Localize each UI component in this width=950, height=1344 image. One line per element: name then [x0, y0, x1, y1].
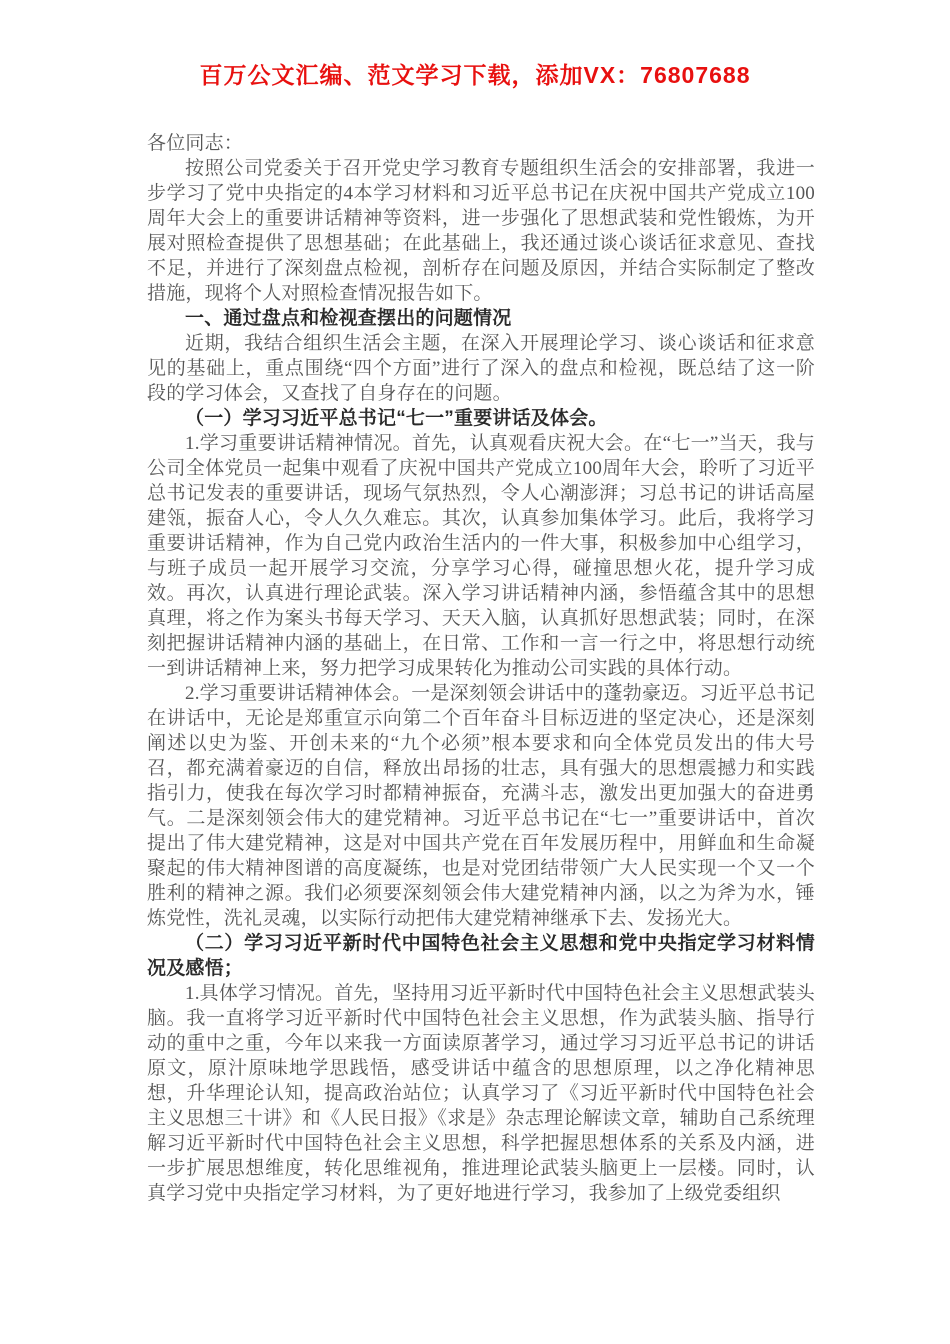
heading-subsection-one: （一）学习习近平总书记“七一”重要讲话及体会。 — [147, 406, 815, 431]
document-body: 各位同志： 按照公司党委关于召开党史学习教育专题组织生活会的安排部署，我进一步学… — [147, 131, 815, 1206]
paragraph-thought-study-situation: 1.具体学习情况。首先，坚持用习近平新时代中国特色社会主义思想武装头脑。我一直将… — [147, 981, 815, 1206]
paragraph-speech-study-situation: 1.学习重要讲话精神情况。首先，认真观看庆祝大会。在“七一”当天，我与公司全体党… — [147, 431, 815, 681]
paragraph-review-summary: 近期，我结合组织生活会主题，在深入开展理论学习、谈心谈话和征求意见的基础上，重点… — [147, 331, 815, 406]
heading-section-one: 一、通过盘点和检视查摆出的问题情况 — [147, 306, 815, 331]
paragraph-speech-study-reflections: 2.学习重要讲话精神体会。一是深刻领会讲话中的蓬勃豪迈。习近平总书记在讲话中，无… — [147, 681, 815, 931]
salutation: 各位同志： — [147, 131, 815, 156]
watermark-banner: 百万公文汇编、范文学习下载，添加VX：76807688 — [0, 61, 950, 89]
heading-subsection-two: （二）学习习近平新时代中国特色社会主义思想和党中央指定学习材料情况及感悟； — [147, 931, 815, 981]
paragraph-opening: 按照公司党委关于召开党史学习教育专题组织生活会的安排部署，我进一步学习了党中央指… — [147, 156, 815, 306]
